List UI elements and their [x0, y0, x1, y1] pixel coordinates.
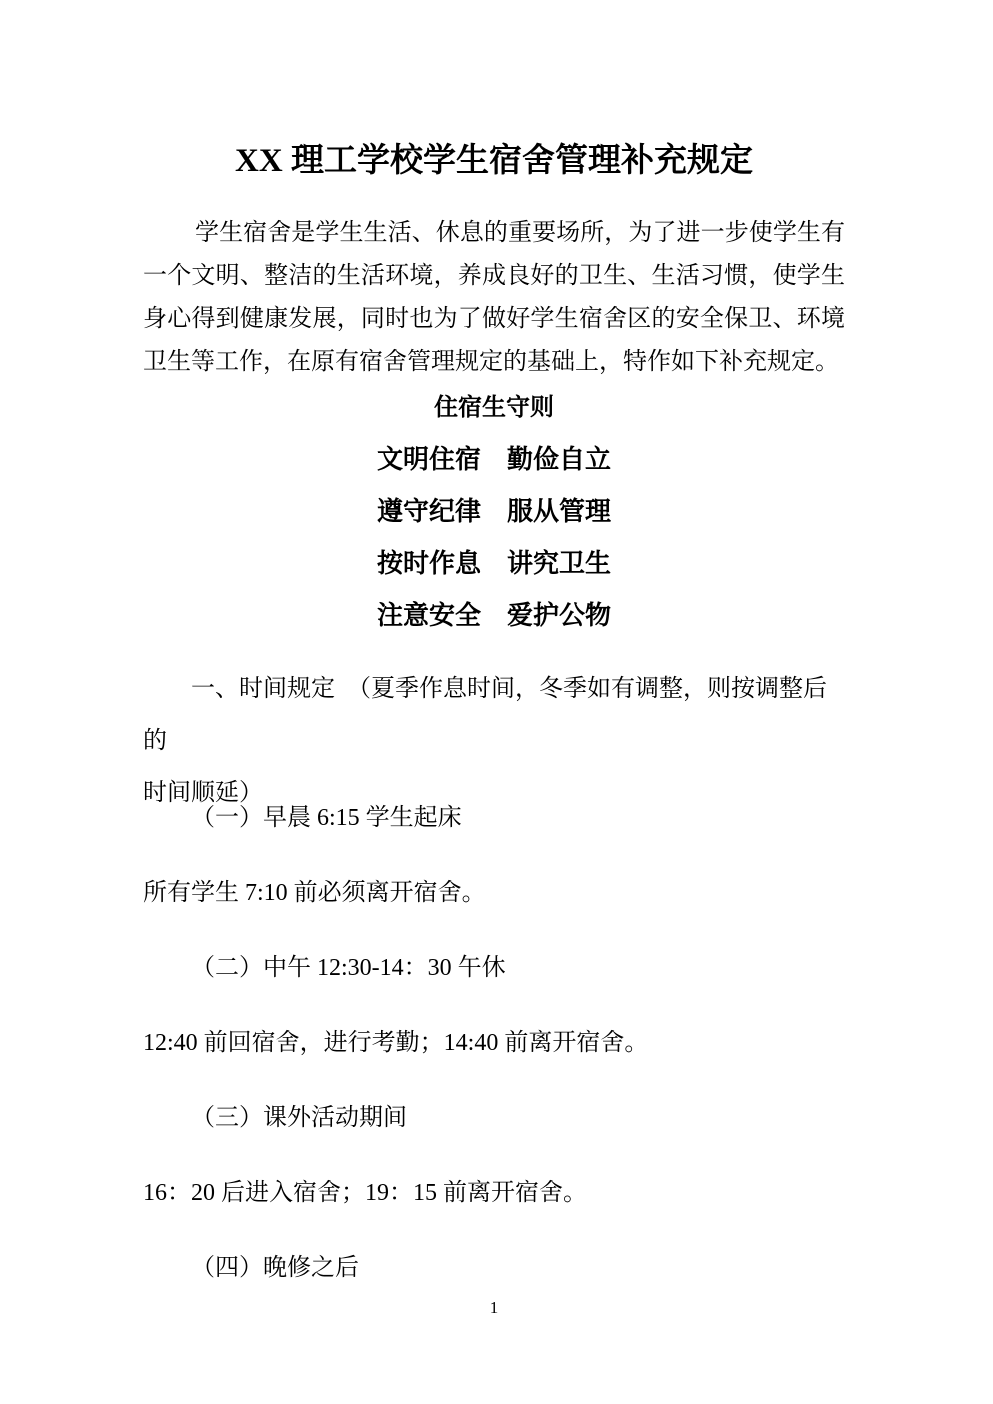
document-page: XX 理工学校学生宿舍管理补充规定 学生宿舍是学生生活、休息的重要场所，为了进一… [0, 0, 993, 1404]
motto-line: 遵守纪律 服从管理 [143, 486, 845, 538]
boarder-rules-section: 住宿生守则 文明住宿 勤俭自立 遵守纪律 服从管理 按时作息 讲究卫生 注意安全… [143, 382, 845, 642]
rule-item-heading: （一）早晨 6:15 学生起床 [143, 781, 845, 856]
motto-line: 文明住宿 勤俭自立 [143, 434, 845, 486]
section-heading-line: 一、时间规定 （夏季作息时间，冬季如有调整，则按调整后的 [143, 663, 845, 767]
intro-line: 身心得到健康发展，同时也为了做好学生宿舍区的安全保卫、环境 [143, 298, 845, 341]
rule-item-heading: （三）课外活动期间 [143, 1081, 845, 1156]
intro-paragraph: 学生宿舍是学生生活、休息的重要场所，为了进一步使学生有 一个文明、整洁的生活环境… [143, 212, 845, 384]
page-number: 1 [143, 1296, 845, 1320]
rules-heading: 住宿生守则 [143, 382, 845, 434]
rule-item-heading: （四）晚修之后 [143, 1231, 845, 1306]
intro-line: 学生宿舍是学生生活、休息的重要场所，为了进一步使学生有 [143, 212, 845, 255]
document-title: XX 理工学校学生宿舍管理补充规定 [143, 138, 845, 184]
rule-item-detail: 所有学生 7:10 前必须离开宿舍。 [143, 856, 845, 931]
rule-item-detail: 16：20 后进入宿舍；19：15 前离开宿舍。 [143, 1156, 845, 1231]
intro-line: 卫生等工作，在原有宿舍管理规定的基础上，特作如下补充规定。 [143, 341, 845, 384]
rule-item-detail: 12:40 前回宿舍，进行考勤；14:40 前离开宿舍。 [143, 1006, 845, 1081]
intro-line: 一个文明、整洁的生活环境，养成良好的卫生、生活习惯，使学生 [143, 255, 845, 298]
rule-item-heading: （二）中午 12:30-14：30 午休 [143, 931, 845, 1006]
motto-line: 注意安全 爱护公物 [143, 590, 845, 642]
motto-line: 按时作息 讲究卫生 [143, 538, 845, 590]
time-rules-list: （一）早晨 6:15 学生起床 所有学生 7:10 前必须离开宿舍。 （二）中午… [143, 781, 845, 1306]
